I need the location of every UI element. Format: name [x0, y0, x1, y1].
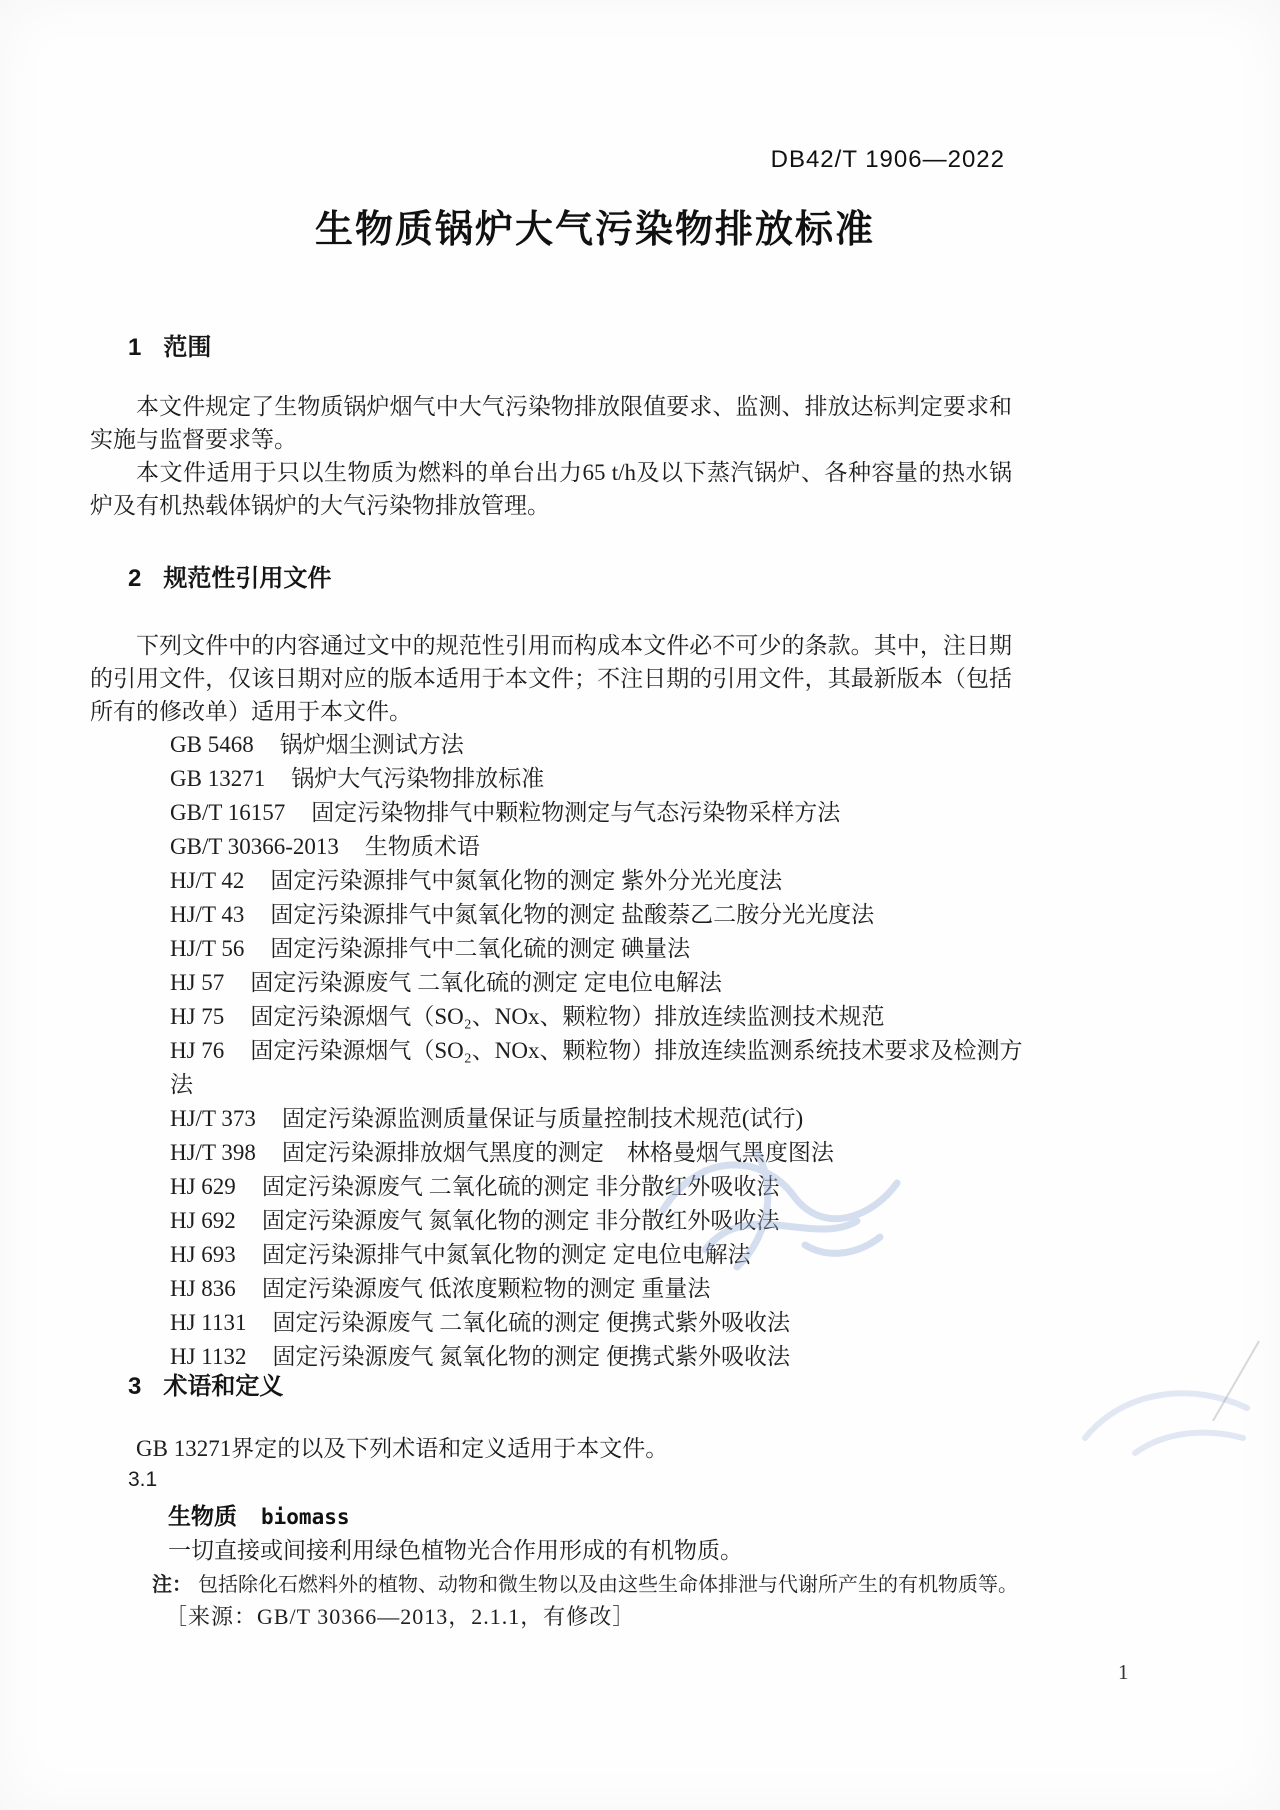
reference-item: GB/T 16157固定污染物排气中颗粒物测定与气态污染物采样方法 — [170, 796, 1030, 830]
reference-code: HJ/T 43 — [170, 898, 244, 932]
reference-item: HJ/T 43固定污染源排气中氮氧化物的测定 盐酸萘乙二胺分光光度法 — [170, 898, 1030, 932]
scan-artifact-line — [1212, 1341, 1260, 1422]
reference-item: HJ/T 373固定污染源监测质量保证与质量控制技术规范(试行) — [170, 1102, 1030, 1136]
reference-title: 固定污染源废气 二氧化硫的测定 便携式紫外吸收法 — [272, 1310, 790, 1335]
reference-title: 固定污染源烟气（SO₂、NOx、颗粒物）排放连续监测技术规范 — [250, 1004, 884, 1029]
scope-paragraph-1: 本文件规定了生物质锅炉烟气中大气污染物排放限值要求、监测、排放达标判定要求和实施… — [90, 390, 1012, 456]
reference-item: HJ 836固定污染源废气 低浓度颗粒物的测定 重量法 — [170, 1272, 1030, 1306]
reference-code: HJ/T 42 — [170, 864, 244, 898]
reference-code: HJ 693 — [170, 1238, 236, 1272]
scope-paragraph-2: 本文件适用于只以生物质为燃料的单台出力65 t/h及以下蒸汽锅炉、各种容量的热水… — [90, 456, 1012, 522]
reference-code: GB 5468 — [170, 728, 254, 762]
reference-item: HJ/T 56固定污染源排气中二氧化硫的测定 碘量法 — [170, 932, 1030, 966]
reference-title: 固定污染源废气 二氧化硫的测定 非分散红外吸收法 — [262, 1174, 780, 1199]
section-3-intro: GB 13271界定的以及下列术语和定义适用于本文件。 — [90, 1432, 1012, 1465]
reference-title: 固定污染源监测质量保证与质量控制技术规范(试行) — [282, 1106, 803, 1131]
reference-item: HJ 629固定污染源废气 二氧化硫的测定 非分散红外吸收法 — [170, 1170, 1030, 1204]
reference-item: HJ 1131固定污染源废气 二氧化硫的测定 便携式紫外吸收法 — [170, 1306, 1030, 1340]
reference-code: HJ 75 — [170, 1000, 224, 1034]
section-1-body: 本文件规定了生物质锅炉烟气中大气污染物排放限值要求、监测、排放达标判定要求和实施… — [90, 390, 1012, 522]
reference-item: HJ 1132固定污染源废气 氮氧化物的测定 便携式紫外吸收法 — [170, 1340, 1030, 1374]
reference-title: 固定污染源排气中氮氧化物的测定 定电位电解法 — [262, 1242, 751, 1267]
term-zh: 生物质 — [168, 1503, 237, 1529]
reference-title: 生物质术语 — [365, 834, 480, 859]
term-entry: 生物质biomass — [168, 1498, 350, 1531]
reference-item: GB/T 30366-2013生物质术语 — [170, 830, 1030, 864]
reference-code: GB/T 16157 — [170, 796, 285, 830]
reference-title: 固定污染源废气 氮氧化物的测定 便携式紫外吸收法 — [272, 1344, 790, 1369]
page-title: 生物质锅炉大气污染物排放标准 — [90, 198, 1100, 253]
reference-item: HJ 75固定污染源烟气（SO₂、NOx、颗粒物）排放连续监测技术规范 — [170, 1000, 1030, 1034]
reference-list: GB 5468锅炉烟尘测试方法 GB 13271锅炉大气污染物排放标准 GB/T… — [170, 728, 1030, 1374]
reference-title: 固定污染源排气中氮氧化物的测定 盐酸萘乙二胺分光光度法 — [270, 902, 874, 927]
section-3-heading: 3术语和定义 — [128, 1366, 283, 1401]
note-text: 包括除化石燃料外的植物、动物和微生物以及由这些生命体排泄与代谢所产生的有机物质等… — [198, 1574, 1018, 1596]
page-number: 1 — [1118, 1660, 1129, 1685]
section-2-label: 规范性引用文件 — [163, 565, 331, 592]
term-source: ［来源：GB/T 30366—2013，2.1.1，有修改］ — [165, 1600, 635, 1631]
reference-code: HJ 1131 — [170, 1306, 246, 1340]
reference-item: HJ/T 42固定污染源排气中氮氧化物的测定 紫外分光光度法 — [170, 864, 1030, 898]
section-2-number: 2 — [128, 565, 141, 593]
reference-title: 固定污染物排气中颗粒物测定与气态污染物采样方法 — [311, 800, 840, 825]
reference-title: 固定污染源烟气（SO₂、NOx、颗粒物）排放连续监测系统技术要求及检测方法 — [170, 1038, 1022, 1097]
reference-title: 固定污染源废气 二氧化硫的测定 定电位电解法 — [250, 970, 722, 995]
reference-item: HJ 693固定污染源排气中氮氧化物的测定 定电位电解法 — [170, 1238, 1030, 1272]
doc-number: DB42/T 1906—2022 — [771, 146, 1005, 174]
reference-code: HJ/T 373 — [170, 1102, 256, 1136]
watermark-stroke — [1075, 1368, 1255, 1463]
reference-title: 固定污染源排放烟气黑度的测定 林格曼烟气黑度图法 — [282, 1140, 834, 1165]
reference-code: HJ 692 — [170, 1204, 236, 1238]
clause-number: 3.1 — [128, 1468, 157, 1492]
reference-code: GB/T 30366-2013 — [170, 830, 339, 864]
section-3-number: 3 — [128, 1373, 141, 1401]
section-1-number: 1 — [128, 334, 141, 362]
reference-item: HJ/T 398固定污染源排放烟气黑度的测定 林格曼烟气黑度图法 — [170, 1136, 1030, 1170]
terms-intro-paragraph: GB 13271界定的以及下列术语和定义适用于本文件。 — [90, 1432, 1012, 1465]
term-en: biomass — [261, 1505, 350, 1529]
document-page: DB42/T 1906—2022 生物质锅炉大气污染物排放标准 1范围 本文件规… — [0, 0, 1280, 1810]
reference-title: 固定污染源废气 氮氧化物的测定 非分散红外吸收法 — [262, 1208, 780, 1233]
references-intro-paragraph: 下列文件中的内容通过文中的规范性引用而构成本文件必不可少的条款。其中，注日期的引… — [90, 629, 1012, 728]
reference-title: 锅炉烟尘测试方法 — [280, 732, 464, 757]
reference-item: HJ 692固定污染源废气 氮氧化物的测定 非分散红外吸收法 — [170, 1204, 1030, 1238]
section-2-intro: 下列文件中的内容通过文中的规范性引用而构成本文件必不可少的条款。其中，注日期的引… — [90, 629, 1012, 728]
section-1-label: 范围 — [163, 334, 211, 361]
reference-item: GB 5468锅炉烟尘测试方法 — [170, 728, 1030, 762]
term-definition: 一切直接或间接利用绿色植物光合作用形成的有机物质。 — [168, 1532, 743, 1565]
section-3-label: 术语和定义 — [163, 1373, 283, 1400]
reference-code: HJ 629 — [170, 1170, 236, 1204]
reference-code: HJ/T 398 — [170, 1136, 256, 1170]
reference-title: 固定污染源排气中二氧化硫的测定 碘量法 — [270, 936, 690, 961]
reference-title: 锅炉大气污染物排放标准 — [291, 766, 544, 791]
reference-code: HJ 57 — [170, 966, 224, 1000]
reference-code: HJ 836 — [170, 1272, 236, 1306]
note-label: 注： — [152, 1574, 192, 1596]
section-1-heading: 1范围 — [128, 327, 211, 362]
reference-code: HJ/T 56 — [170, 932, 244, 966]
section-2-heading: 2规范性引用文件 — [128, 558, 331, 593]
term-note: 注：包括除化石燃料外的植物、动物和微生物以及由这些生命体排泄与代谢所产生的有机物… — [152, 1568, 1032, 1597]
reference-title: 固定污染源排气中氮氧化物的测定 紫外分光光度法 — [270, 868, 782, 893]
reference-item: GB 13271锅炉大气污染物排放标准 — [170, 762, 1030, 796]
reference-item: HJ 76固定污染源烟气（SO₂、NOx、颗粒物）排放连续监测系统技术要求及检测… — [170, 1034, 1030, 1102]
reference-code: HJ 76 — [170, 1034, 224, 1068]
reference-code: GB 13271 — [170, 762, 265, 796]
reference-title: 固定污染源废气 低浓度颗粒物的测定 重量法 — [262, 1276, 711, 1301]
reference-item: HJ 57固定污染源废气 二氧化硫的测定 定电位电解法 — [170, 966, 1030, 1000]
